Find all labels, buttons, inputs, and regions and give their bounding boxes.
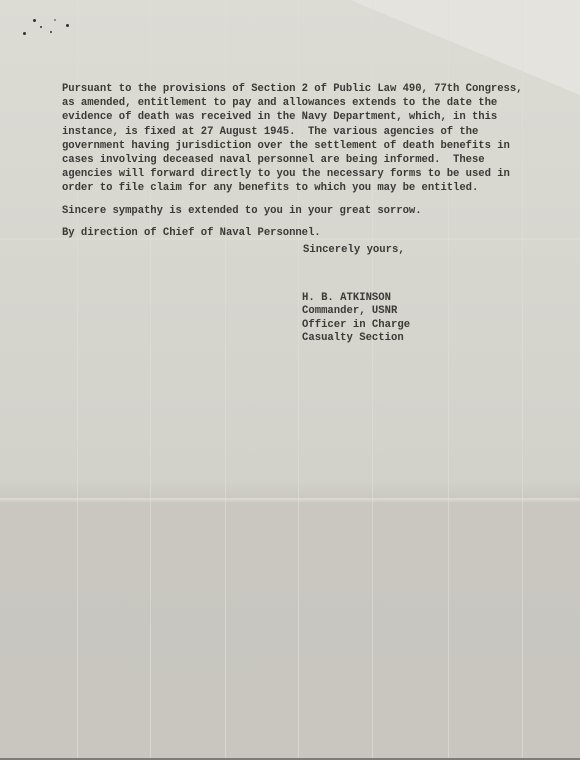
text-line: instance, is fixed at 27 August 1945. Th…: [62, 125, 522, 139]
fold-line: [522, 0, 523, 760]
signer-title: Officer in Charge: [302, 319, 410, 332]
text-line: evidence of death was received in the Na…: [62, 110, 522, 124]
folded-corner: [350, 0, 580, 95]
fold-crease-lower: [0, 498, 580, 502]
text-line: agencies will forward directly to you th…: [62, 167, 522, 181]
signer-section: Casualty Section: [302, 332, 410, 345]
paragraph: Pursuant to the provisions of Section 2 …: [62, 82, 522, 196]
letter-body: Pursuant to the provisions of Section 2 …: [62, 82, 522, 240]
signer-name: H. B. ATKINSON: [302, 292, 410, 305]
text-line: government having jurisdiction over the …: [62, 139, 522, 153]
signature-block: H. B. ATKINSON Commander, USNR Officer i…: [302, 292, 410, 346]
text-line: cases involving deceased naval personnel…: [62, 153, 522, 167]
paragraph: Sincere sympathy is extended to you in y…: [62, 204, 522, 218]
text-line: order to file claim for any benefits to …: [62, 181, 522, 195]
paragraph: By direction of Chief of Naval Personnel…: [62, 226, 522, 240]
text-line: as amended, entitlement to pay and allow…: [62, 96, 522, 110]
letter-page: Pursuant to the provisions of Section 2 …: [0, 0, 580, 760]
text-line: Sincere sympathy is extended to you in y…: [62, 204, 522, 218]
ink-specks: [18, 14, 78, 44]
text-line: By direction of Chief of Naval Personnel…: [62, 226, 522, 240]
signer-rank: Commander, USNR: [302, 305, 410, 318]
closing: Sincerely yours,: [303, 244, 405, 256]
text-line: Pursuant to the provisions of Section 2 …: [62, 82, 522, 96]
